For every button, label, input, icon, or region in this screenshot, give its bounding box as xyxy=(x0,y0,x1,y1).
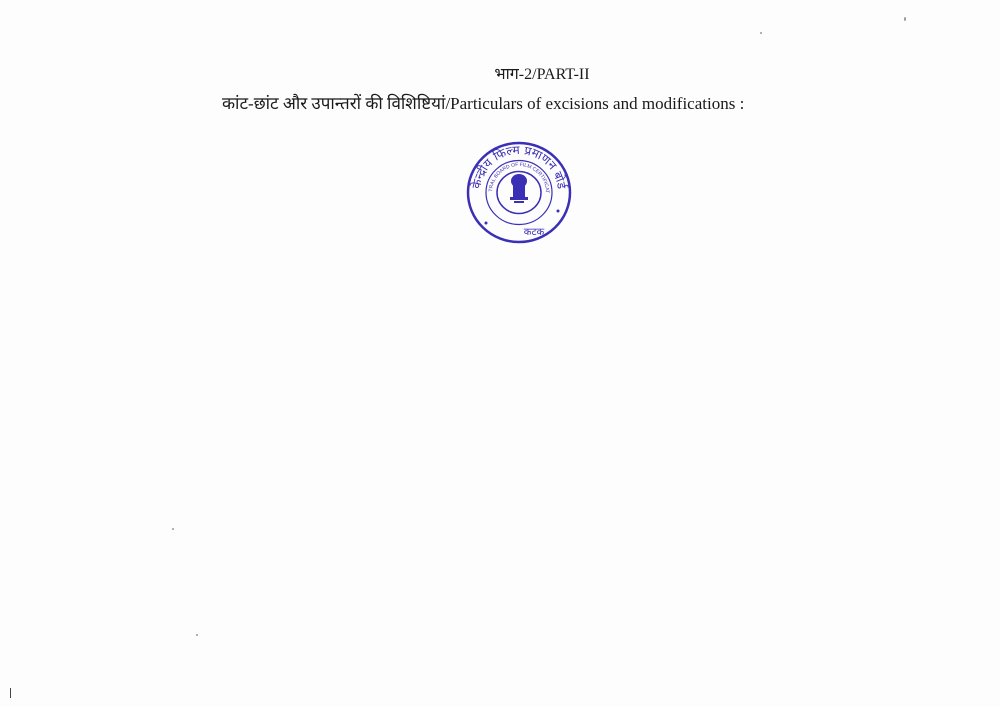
seal-city: कटक xyxy=(524,227,545,238)
excisions-subheading: कांट-छांट और उपान्तरों की विशिष्टियां/Pa… xyxy=(222,91,744,114)
margin-mark xyxy=(10,688,11,698)
scan-speck xyxy=(196,634,198,636)
scan-speck xyxy=(904,17,906,21)
scan-speck xyxy=(172,528,174,530)
scan-speck xyxy=(760,32,762,34)
certification-seal: केन्द्रीय फिल्म प्रमाणन बोर्ड CENTRAL BO… xyxy=(466,141,572,244)
part-heading: भाग-2/PART-II xyxy=(0,62,1000,84)
national-emblem-icon xyxy=(510,174,528,203)
document-page: भाग-2/PART-II कांट-छांट और उपान्तरों की … xyxy=(0,0,1000,707)
